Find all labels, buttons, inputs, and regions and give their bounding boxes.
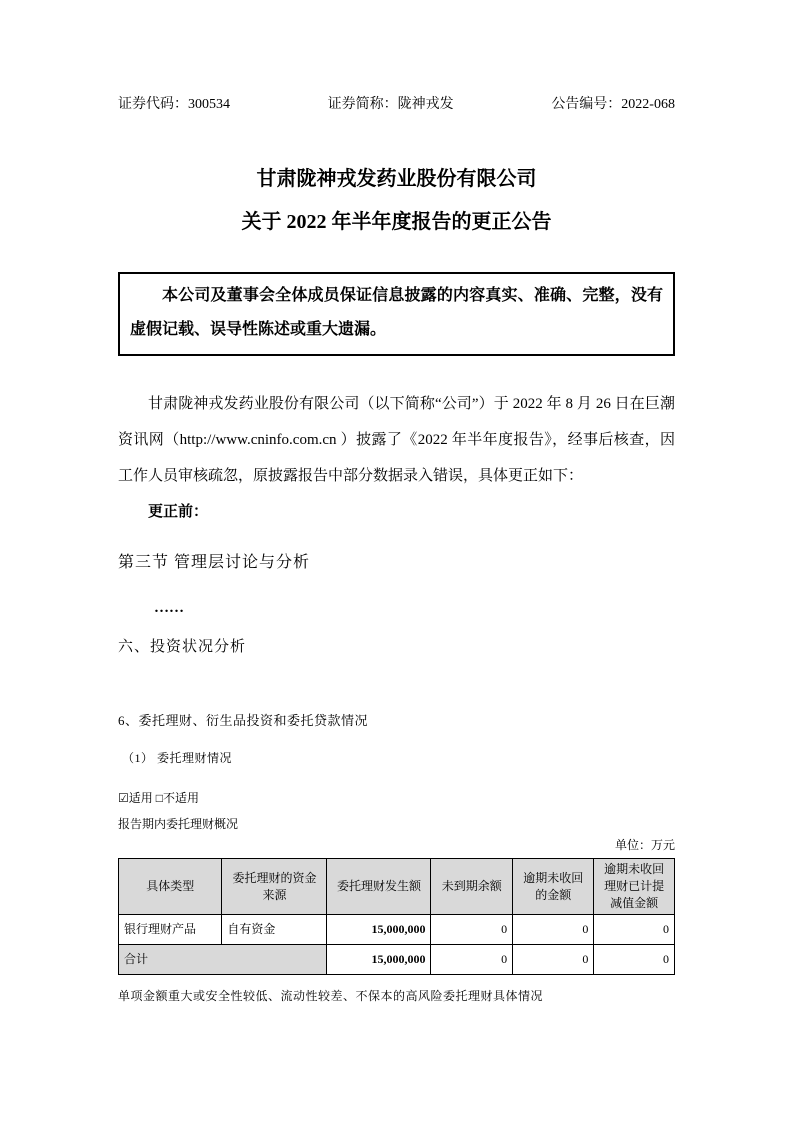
title-line-2: 关于 2022 年半年度报告的更正公告: [118, 201, 675, 244]
column-header-impairment: 逾期未收回理财已计提减值金额: [594, 859, 675, 915]
row-impairment-cell: 0: [594, 915, 675, 945]
table-row: 银行理财产品 自有资金 15,000,000 0 0 0: [119, 915, 675, 945]
total-overdue-cell: 0: [513, 945, 594, 975]
before-correction-heading: 更正前：: [118, 494, 675, 530]
column-header-type: 具体类型: [119, 859, 222, 915]
applicability-line: ☑适用 □不适用: [118, 789, 675, 807]
subsection-six-heading: 6、委托理财、衍生品投资和委托贷款情况: [118, 711, 675, 731]
document-page: 证券代码：300534 证券简称：陇神戎发 公告编号：2022-068 甘肃陇神…: [0, 0, 793, 1122]
column-header-source: 委托理财的资金来源: [222, 859, 327, 915]
column-header-outstanding: 未到期余额: [431, 859, 513, 915]
table-header-row: 具体类型 委托理财的资金来源 委托理财发生额 未到期余额 逾期未收回的金额 逾期…: [119, 859, 675, 915]
not-applicable-checkbox-icon: □: [156, 791, 163, 805]
announcement-number: 公告编号：2022-068: [551, 95, 675, 114]
disclaimer-box: 本公司及董事会全体成员保证信息披露的内容真实、准确、完整，没有虚假记载、误导性陈…: [118, 272, 675, 356]
not-applicable-label: 不适用: [163, 791, 199, 805]
doc-header: 证券代码：300534 证券简称：陇神戎发 公告编号：2022-068: [118, 95, 675, 114]
section-six-heading: 六、投资状况分析: [118, 629, 675, 665]
footer-note: 单项金额重大或安全性较低、流动性较差、不保本的高风险委托理财具体情况: [118, 987, 675, 1005]
total-outstanding-cell: 0: [431, 945, 513, 975]
row-amount-cell: 15,000,000: [327, 915, 431, 945]
applicable-checked-checkbox-icon: ☑: [118, 791, 129, 805]
doc-title: 甘肃陇神戎发药业股份有限公司 关于 2022 年半年度报告的更正公告: [118, 158, 675, 244]
applicable-label: 适用: [129, 791, 153, 805]
stock-name: 证券简称：陇神戎发: [328, 95, 454, 114]
row-source-cell: 自有资金: [222, 915, 327, 945]
total-label-cell: 合计: [119, 945, 327, 975]
row-overdue-cell: 0: [513, 915, 594, 945]
subsection-six-one-heading: （1） 委托理财情况: [118, 749, 675, 767]
column-header-amount: 委托理财发生额: [327, 859, 431, 915]
disclaimer-text: 本公司及董事会全体成员保证信息披露的内容真实、准确、完整，没有虚假记载、误导性陈…: [130, 279, 663, 347]
row-type-cell: 银行理财产品: [119, 915, 222, 945]
stock-code: 证券代码：300534: [118, 95, 230, 114]
wealth-management-table: 具体类型 委托理财的资金来源 委托理财发生额 未到期余额 逾期未收回的金额 逾期…: [118, 858, 675, 975]
unit-label: 单位：万元: [118, 836, 675, 854]
intro-paragraph: 甘肃陇神戎发药业股份有限公司（以下简称“公司”）于 2022 年 8 月 26 …: [118, 386, 675, 494]
ellipsis-text: ……: [118, 593, 675, 623]
title-line-1: 甘肃陇神戎发药业股份有限公司: [118, 158, 675, 201]
total-impairment-cell: 0: [594, 945, 675, 975]
overview-line: 报告期内委托理财概况: [118, 815, 675, 833]
chapter-heading: 第三节 管理层讨论与分析: [118, 545, 675, 581]
total-amount-cell: 15,000,000: [327, 945, 431, 975]
table-total-row: 合计 15,000,000 0 0 0: [119, 945, 675, 975]
column-header-overdue: 逾期未收回的金额: [513, 859, 594, 915]
row-outstanding-cell: 0: [431, 915, 513, 945]
